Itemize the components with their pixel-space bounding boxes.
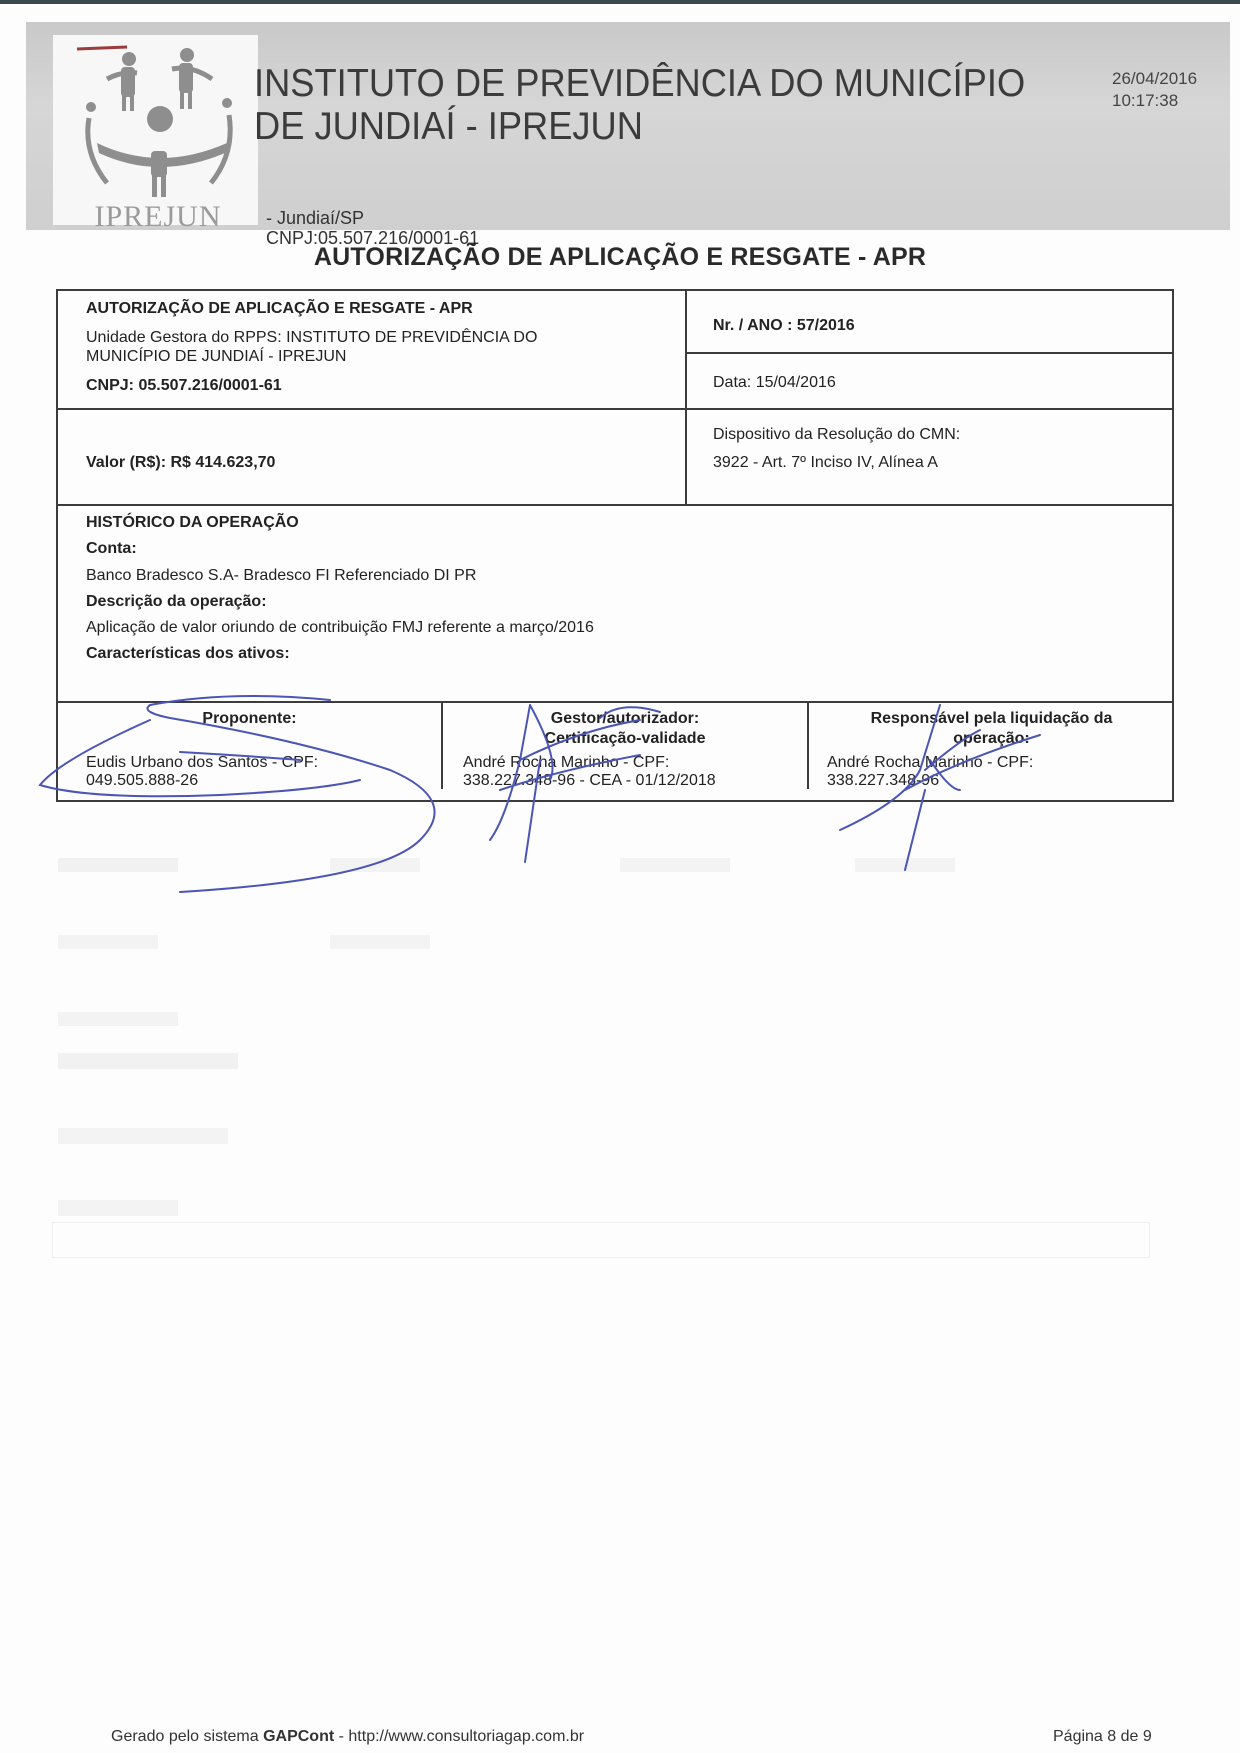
unidade-gestora-line2: MUNICÍPIO DE JUNDIAÍ - IPREJUN	[86, 347, 346, 366]
dispositivo-value: 3922 - Art. 7º Inciso IV, Alínea A	[713, 453, 938, 472]
institution-location: - Jundiaí/SP CNPJ:05.507.216/0001-61	[266, 208, 479, 248]
divider	[58, 504, 1174, 506]
logo-wordmark: IPREJUN	[63, 200, 253, 234]
print-time: 10:17:38	[1112, 90, 1197, 112]
logo: IPREJUN	[53, 35, 258, 225]
document-title: AUTORIZAÇÃO DE APLICAÇÃO E RESGATE - APR	[0, 243, 1240, 272]
system-name: GAPCont	[263, 1728, 334, 1745]
print-timestamp: 26/04/2016 10:17:38	[1112, 68, 1197, 112]
unidade-gestora-line1: Unidade Gestora do RPPS: INSTITUTO DE PR…	[86, 328, 537, 347]
scan-edge	[0, 0, 1240, 4]
divider	[685, 352, 1174, 354]
valor: Valor (R$): R$ 414.623,70	[86, 453, 275, 472]
signature-proponente: Proponente: Eudis Urbano dos Santos - CP…	[58, 703, 441, 789]
people-circle-logo-icon	[67, 43, 245, 203]
form-date: Data: 15/04/2016	[713, 373, 836, 392]
historico-title: HISTÓRICO DA OPERAÇÃO	[86, 513, 299, 532]
divider	[685, 291, 687, 504]
divider	[58, 408, 1174, 410]
footer-generated: Gerado pelo sistema GAPCont - http://www…	[111, 1728, 584, 1746]
section-title: AUTORIZAÇÃO DE APLICAÇÃO E RESGATE - APR	[86, 299, 473, 318]
apr-form: AUTORIZAÇÃO DE APLICAÇÃO E RESGATE - APR…	[56, 289, 1174, 802]
signature-gestor: Gestor/autorizador: Certificação-validad…	[443, 703, 807, 789]
nr-ano: Nr. / ANO : 57/2016	[713, 316, 855, 335]
descricao-label: Descrição da operação:	[86, 592, 267, 611]
institution-title: INSTITUTO DE PREVIDÊNCIA DO MUNICÍPIO DE…	[254, 62, 1025, 148]
conta-label: Conta:	[86, 539, 137, 558]
form-cnpj: CNPJ: 05.507.216/0001-61	[86, 376, 282, 395]
location: - Jundiaí/SP	[266, 208, 479, 228]
print-date: 26/04/2016	[1112, 68, 1197, 90]
descricao-value: Aplicação de valor oriundo de contribuiç…	[86, 618, 594, 637]
dispositivo-label: Dispositivo da Resolução do CMN:	[713, 425, 960, 444]
conta-value: Banco Bradesco S.A- Bradesco FI Referenc…	[86, 566, 476, 585]
page-number: Página 8 de 9	[1053, 1728, 1152, 1746]
caracteristicas-label: Características dos ativos:	[86, 644, 290, 663]
signature-responsavel: Responsável pela liquidação da operação:…	[809, 703, 1174, 789]
letterhead: IPREJUN INSTITUTO DE PREVIDÊNCIA DO MUNI…	[26, 22, 1230, 230]
